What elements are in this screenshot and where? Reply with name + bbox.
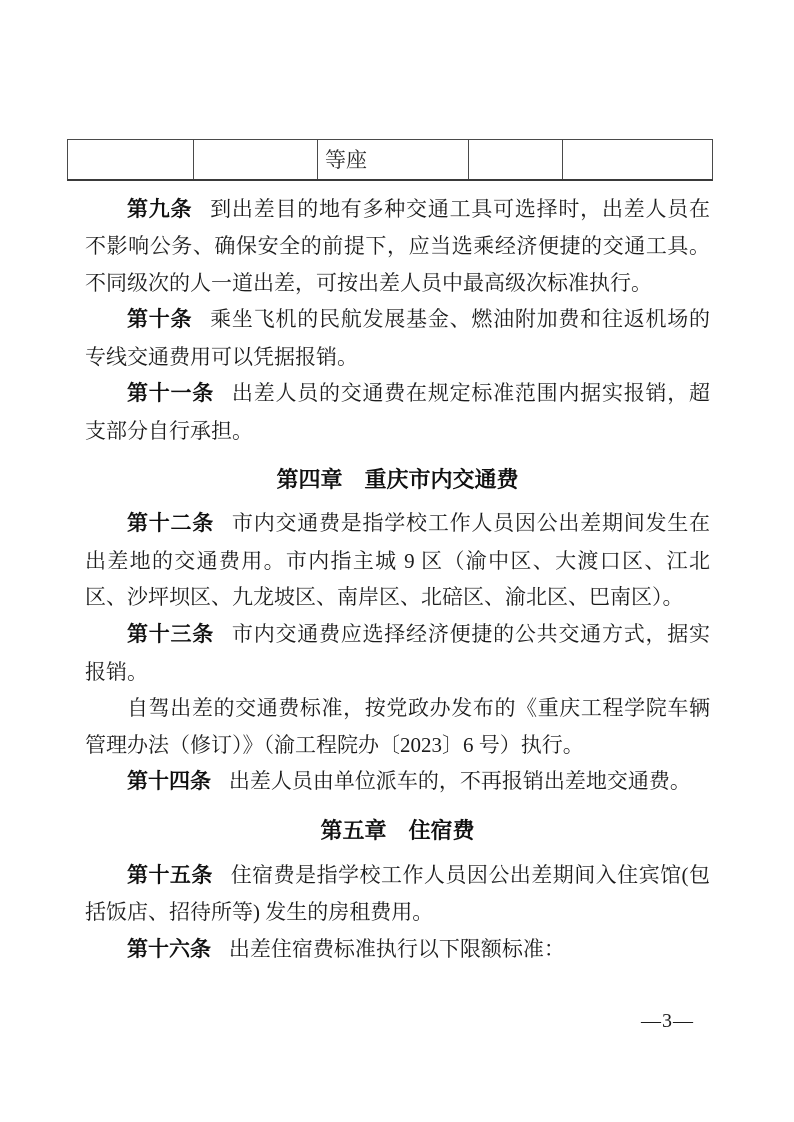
plain-paragraph: 自驾出差的交通费标准，按党政办发布的《重庆工程学院车辆管理办法（修订）》（渝工程… xyxy=(85,690,710,763)
article-text: 出差人员由单位派车的，不再报销出差地交通费。 xyxy=(229,769,691,793)
page-number: —3— xyxy=(641,1010,694,1033)
table-fragment: 等座 xyxy=(67,139,713,181)
table-cell xyxy=(68,140,194,180)
table-cell xyxy=(469,140,563,180)
article-paragraph: 第十三条市内交通费应选择经济便捷的公共交通方式，据实报销。 xyxy=(85,616,710,690)
article-number: 第十六条 xyxy=(127,938,211,961)
article-paragraph: 第十五条住宿费是指学校工作人员因公出差期间入住宾馆(包括饭店、招待所等) 发生的… xyxy=(85,857,710,931)
article-paragraph: 第十条乘坐飞机的民航发展基金、燃油附加费和往返机场的专线交通费用可以凭据报销。 xyxy=(85,301,710,375)
article-number: 第十五条 xyxy=(127,864,213,887)
article-number: 第九条 xyxy=(127,198,192,221)
article-number: 第十二条 xyxy=(127,512,214,535)
article-text: 出差住宿费标准执行以下限额标准： xyxy=(229,937,565,961)
chapter-heading: 第五章 住宿费 xyxy=(85,813,710,850)
article-number: 第十三条 xyxy=(127,623,214,646)
paragraph-text: 自驾出差的交通费标准，按党政办发布的《重庆工程学院车辆管理办法（修订）》（渝工程… xyxy=(85,696,710,757)
article-number: 第十一条 xyxy=(127,382,214,405)
document-page: 等座 第九条到出差目的地有多种交通工具可选择时，出差人员在不影响公务、确保安全的… xyxy=(0,0,794,1122)
article-paragraph: 第十四条出差人员由单位派车的，不再报销出差地交通费。 xyxy=(85,763,710,801)
document-content: 等座 第九条到出差目的地有多种交通工具可选择时，出差人员在不影响公务、确保安全的… xyxy=(85,139,710,968)
article-paragraph: 第九条到出差目的地有多种交通工具可选择时，出差人员在不影响公务、确保安全的前提下… xyxy=(85,191,710,302)
chapter-heading: 第四章 重庆市内交通费 xyxy=(85,462,710,499)
article-number: 第十四条 xyxy=(127,770,211,793)
article-number: 第十条 xyxy=(127,308,192,331)
table-cell xyxy=(194,140,318,180)
table-row: 等座 xyxy=(68,140,713,180)
article-paragraph: 第十二条市内交通费是指学校工作人员因公出差期间发生在出差地的交通费用。市内指主城… xyxy=(85,505,710,616)
article-paragraph: 第十六条出差住宿费标准执行以下限额标准： xyxy=(85,931,710,969)
table-cell: 等座 xyxy=(318,140,469,180)
table-cell xyxy=(563,140,713,180)
article-paragraph: 第十一条出差人员的交通费在规定标准范围内据实报销，超支部分自行承担。 xyxy=(85,375,710,449)
